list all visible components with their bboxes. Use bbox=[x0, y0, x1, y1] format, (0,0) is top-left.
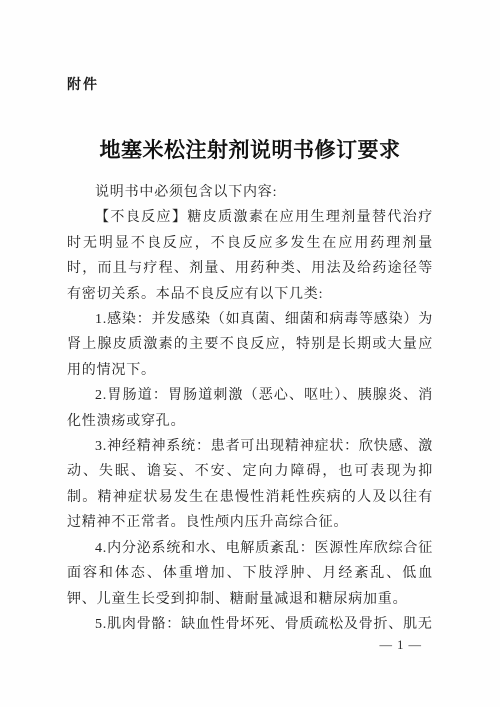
document-body: 说明书中必须包含以下内容: 【不良反应】糖皮质激素在应用生理剂量替代治疗时无明显… bbox=[67, 180, 433, 637]
paragraph-item-1-infection: 1.感染：并发感染（如真菌、细菌和病毒等感染）为肾上腺皮质激素的主要不良反应，特… bbox=[67, 307, 433, 383]
paragraph-item-3-neuropsychiatric: 3.神经精神系统：患者可出现精神症状：欣快感、激动、失眠、谵妄、不安、定向力障碍… bbox=[67, 434, 433, 536]
page-number: — 1 — bbox=[380, 638, 423, 653]
paragraph-intro: 说明书中必须包含以下内容: bbox=[67, 180, 433, 205]
paragraph-adverse-reactions: 【不良反应】糖皮质激素在应用生理剂量替代治疗时无明显不良反应，不良反应多发生在应… bbox=[67, 205, 433, 307]
document-page: 附件 地塞米松注射剂说明书修订要求 说明书中必须包含以下内容: 【不良反应】糖皮… bbox=[0, 0, 500, 707]
paragraph-item-5-musculoskeletal: 5.肌肉骨骼：缺血性骨坏死、骨质疏松及骨折、肌无 bbox=[67, 612, 433, 637]
paragraph-item-2-gastrointestinal: 2.胃肠道：胃肠道刺激（恶心、呕吐）、胰腺炎、消化性溃疡或穿孔。 bbox=[67, 383, 433, 434]
paragraph-item-4-endocrine: 4.内分泌系统和水、电解质紊乱：医源性库欣综合征面容和体态、体重增加、下肢浮肿、… bbox=[67, 536, 433, 612]
attachment-label: 附件 bbox=[67, 74, 99, 94]
page-title: 地塞米松注射剂说明书修订要求 bbox=[0, 134, 500, 164]
